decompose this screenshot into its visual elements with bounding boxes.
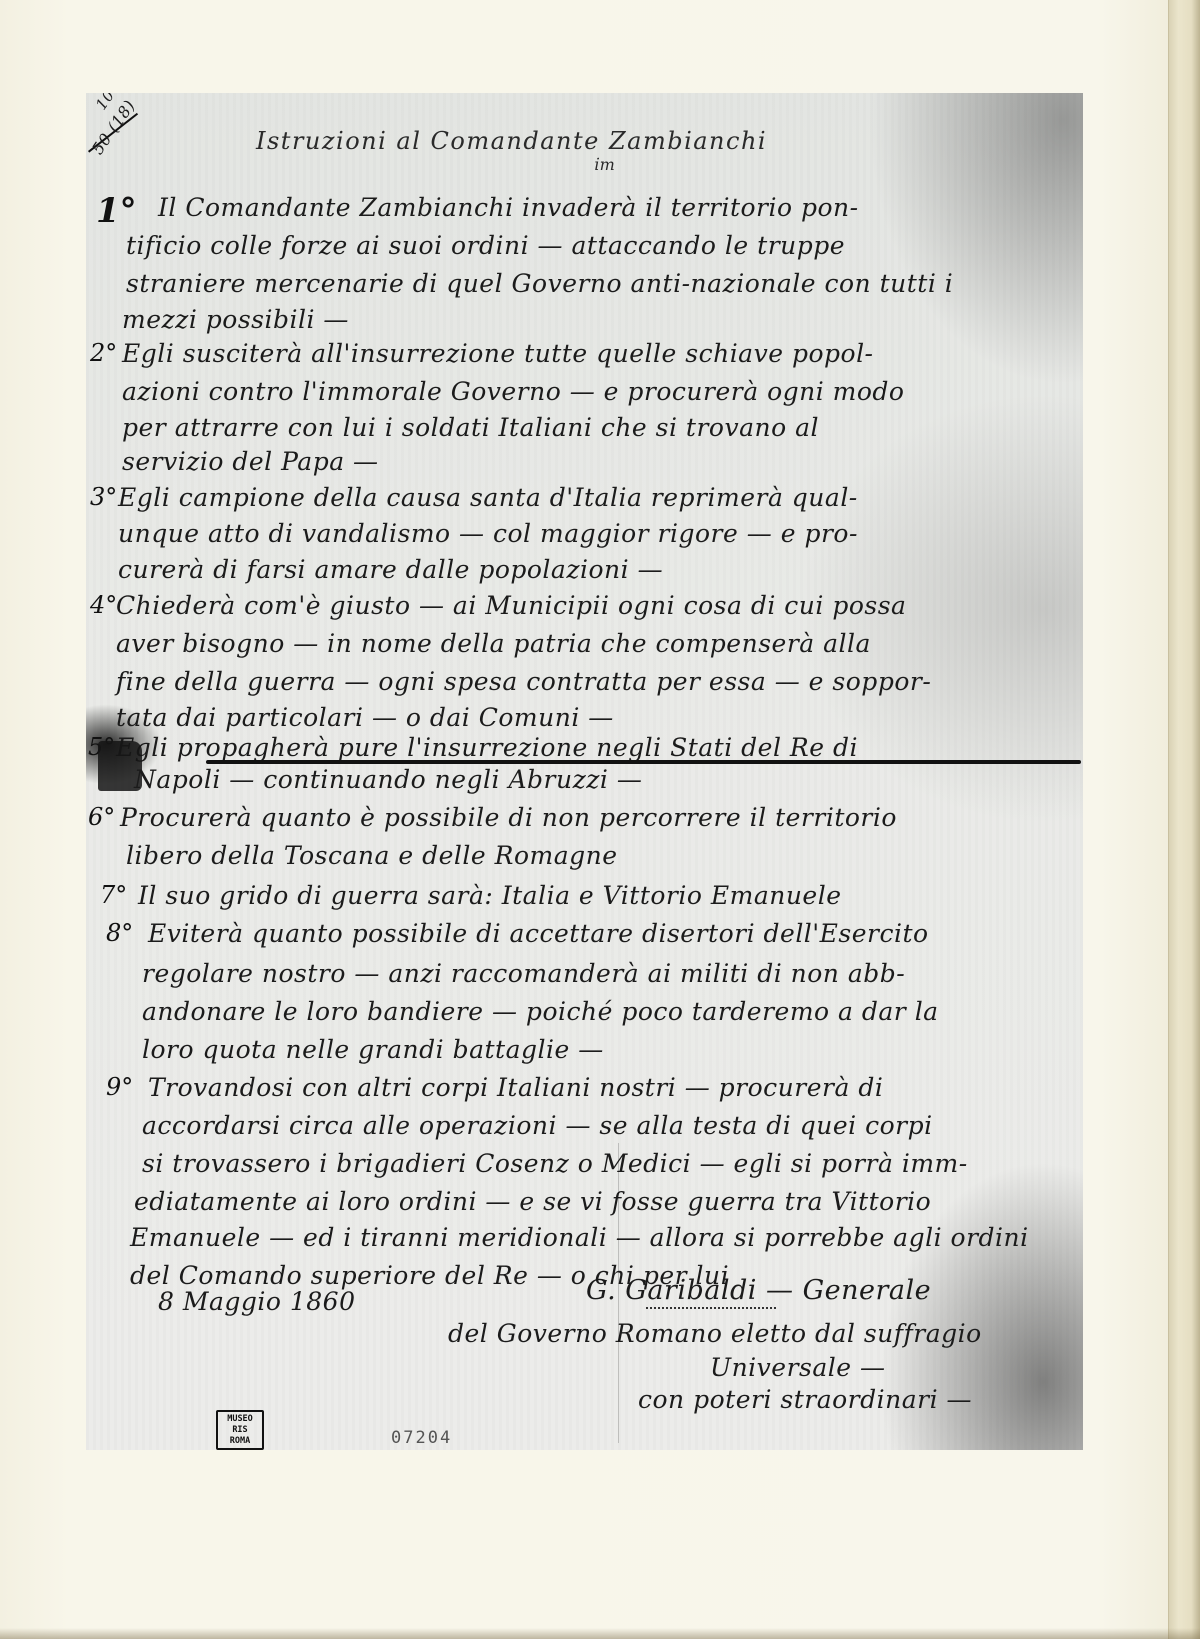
item-number: 4° xyxy=(90,591,117,619)
manuscript-line: Egli campione della causa santa d'Italia… xyxy=(118,483,858,512)
manuscript-line: fine della guerra — ogni spesa contratta… xyxy=(116,667,931,696)
manuscript-line: Procurerà quanto è possibile di non perc… xyxy=(120,803,897,832)
signature-flourish xyxy=(646,1305,776,1309)
stamp-line: ROMA xyxy=(218,1436,262,1447)
page-shadow xyxy=(0,1628,1200,1639)
item-number: 3° xyxy=(90,483,117,511)
archive-mark: 107 50 (18) xyxy=(86,101,150,163)
manuscript-line: servizio del Papa — xyxy=(122,447,379,476)
item-number: 8° xyxy=(106,919,133,947)
manuscript-line: curerà di farsi amare dalle popolazioni … xyxy=(118,555,663,584)
manuscript-line: loro quota nelle grandi battaglie — xyxy=(142,1035,604,1064)
manuscript-line: unque atto di vandalismo — col maggior r… xyxy=(118,519,858,548)
manuscript-line: straniere mercenarie di quel Governo ant… xyxy=(126,269,953,298)
manuscript-line: ediatamente ai loro ordini — e se vi fos… xyxy=(134,1187,931,1216)
manuscript-photograph: 107 50 (18) Istruzioni al Comandante Zam… xyxy=(86,93,1083,1450)
manuscript-line: tificio colle forze ai suoi ordini — att… xyxy=(126,231,845,260)
catalog-number: 07204 xyxy=(391,1428,452,1448)
document-title: Istruzioni al Comandante Zambianchi xyxy=(256,127,767,155)
manuscript-line: per attrarre con lui i soldati Italiani … xyxy=(122,413,819,442)
page-edge xyxy=(1168,0,1200,1639)
manuscript-line: Il suo grido di guerra sarà: Italia e Vi… xyxy=(138,881,842,910)
manuscript-line: regolare nostro — anzi raccomanderà ai m… xyxy=(142,959,905,988)
manuscript-line: andonare le loro bandiere — poiché poco … xyxy=(142,997,939,1026)
manuscript-line: accordarsi circa alle operazioni — se al… xyxy=(142,1111,933,1140)
museum-stamp: MUSEO RIS ROMA xyxy=(216,1410,264,1450)
item-number: 9° xyxy=(106,1073,133,1101)
manuscript-line: libero della Toscana e delle Romagne xyxy=(126,841,618,870)
manuscript-line: Trovandosi con altri corpi Italiani nost… xyxy=(148,1073,883,1102)
stamp-line: RIS xyxy=(218,1425,262,1436)
manuscript-line: Emanuele — ed i tiranni meridionali — al… xyxy=(130,1223,1029,1252)
manuscript-line-struck: Napoli — continuando negli Abruzzi — xyxy=(134,765,642,794)
manuscript-line: si trovassero i brigadieri Cosenz o Medi… xyxy=(142,1149,968,1178)
manuscript-line: Egli susciterà all'insurrezione tutte qu… xyxy=(122,339,874,368)
manuscript-line: Egli propagherà pure l'insurrezione negl… xyxy=(116,733,858,762)
paper-fold-mark xyxy=(618,1143,619,1443)
signature-line: Universale — xyxy=(710,1353,886,1382)
manuscript-line: tata dai particolari — o dai Comuni — xyxy=(116,703,614,732)
signature-line: con poteri straordinari — xyxy=(638,1385,972,1414)
manuscript-line: azioni contro l'immorale Governo — e pro… xyxy=(122,377,904,406)
item-number: 2° xyxy=(90,339,117,367)
manuscript-line: Il Comandante Zambianchi invaderà il ter… xyxy=(158,193,859,222)
item-number: 7° xyxy=(100,881,127,909)
item-number: 6° xyxy=(88,803,115,831)
manuscript-line: Eviterà quanto possibile di accettare di… xyxy=(148,919,929,948)
item-number: 1° xyxy=(96,191,137,231)
signature: G. Garibaldi — Generale xyxy=(586,1275,931,1306)
stamp-line: MUSEO xyxy=(218,1414,262,1425)
strikethrough-line xyxy=(206,760,1081,764)
manuscript-line: mezzi possibili — xyxy=(122,305,349,334)
document-date: 8 Maggio 1860 xyxy=(158,1287,355,1316)
manuscript-line: Chiederà com'è giusto — ai Municipii ogn… xyxy=(116,591,906,620)
signature-line: del Governo Romano eletto dal suffragio xyxy=(448,1319,982,1348)
title-flourish: ı̇m xyxy=(594,155,615,174)
manuscript-line: aver bisogno — in nome della patria che … xyxy=(116,629,871,658)
